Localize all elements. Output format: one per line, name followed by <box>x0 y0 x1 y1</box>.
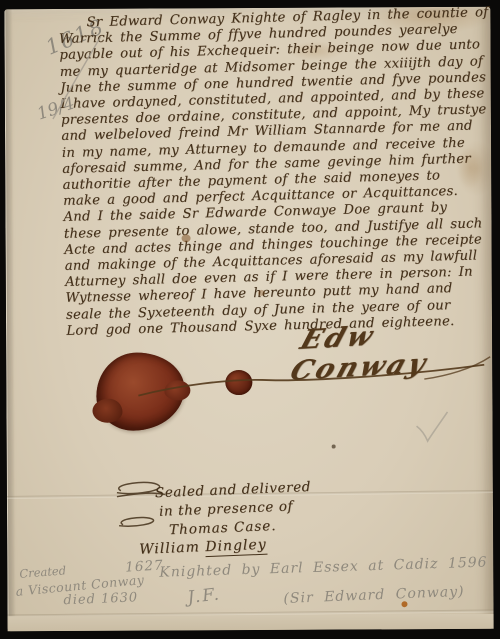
letter-body: Sr Edward Conway Knighte of Ragley in th… <box>58 5 492 340</box>
wax-seal-small <box>225 370 252 395</box>
thomas-swash <box>119 517 154 526</box>
witness-william: William Dingley <box>139 537 267 558</box>
pencil-check-mark <box>416 412 447 441</box>
paper-left-fold-shadow <box>5 9 15 631</box>
ink-speck <box>332 445 336 449</box>
bottom-fold-strip <box>8 614 494 632</box>
annotation-died: died 1630 <box>63 590 138 608</box>
wax-seal-drip <box>92 399 122 423</box>
witness-william-last: Dingley <box>205 537 267 557</box>
annotation-initials: J.F. <box>186 584 221 608</box>
wax-seal-lobe <box>164 380 190 400</box>
annotation-knighted: Knighted by Earl Essex at Cadiz 1596 <box>159 554 488 580</box>
manuscript-page: 1618 19/4 Sr Edward Conway Knighte of Ra… <box>4 7 493 632</box>
presence-line: in the presence of <box>159 498 294 519</box>
annotation-year-1627: 1627 <box>125 557 164 575</box>
witness-thomas: Thomas Case. <box>169 518 277 538</box>
annotation-identification: (Sir Edward Conway) <box>283 584 465 607</box>
witness-william-first: William <box>139 539 200 557</box>
signature: Edw Conway <box>286 314 500 387</box>
annotation-created: Created <box>19 563 67 580</box>
foxing-dot <box>401 601 407 607</box>
